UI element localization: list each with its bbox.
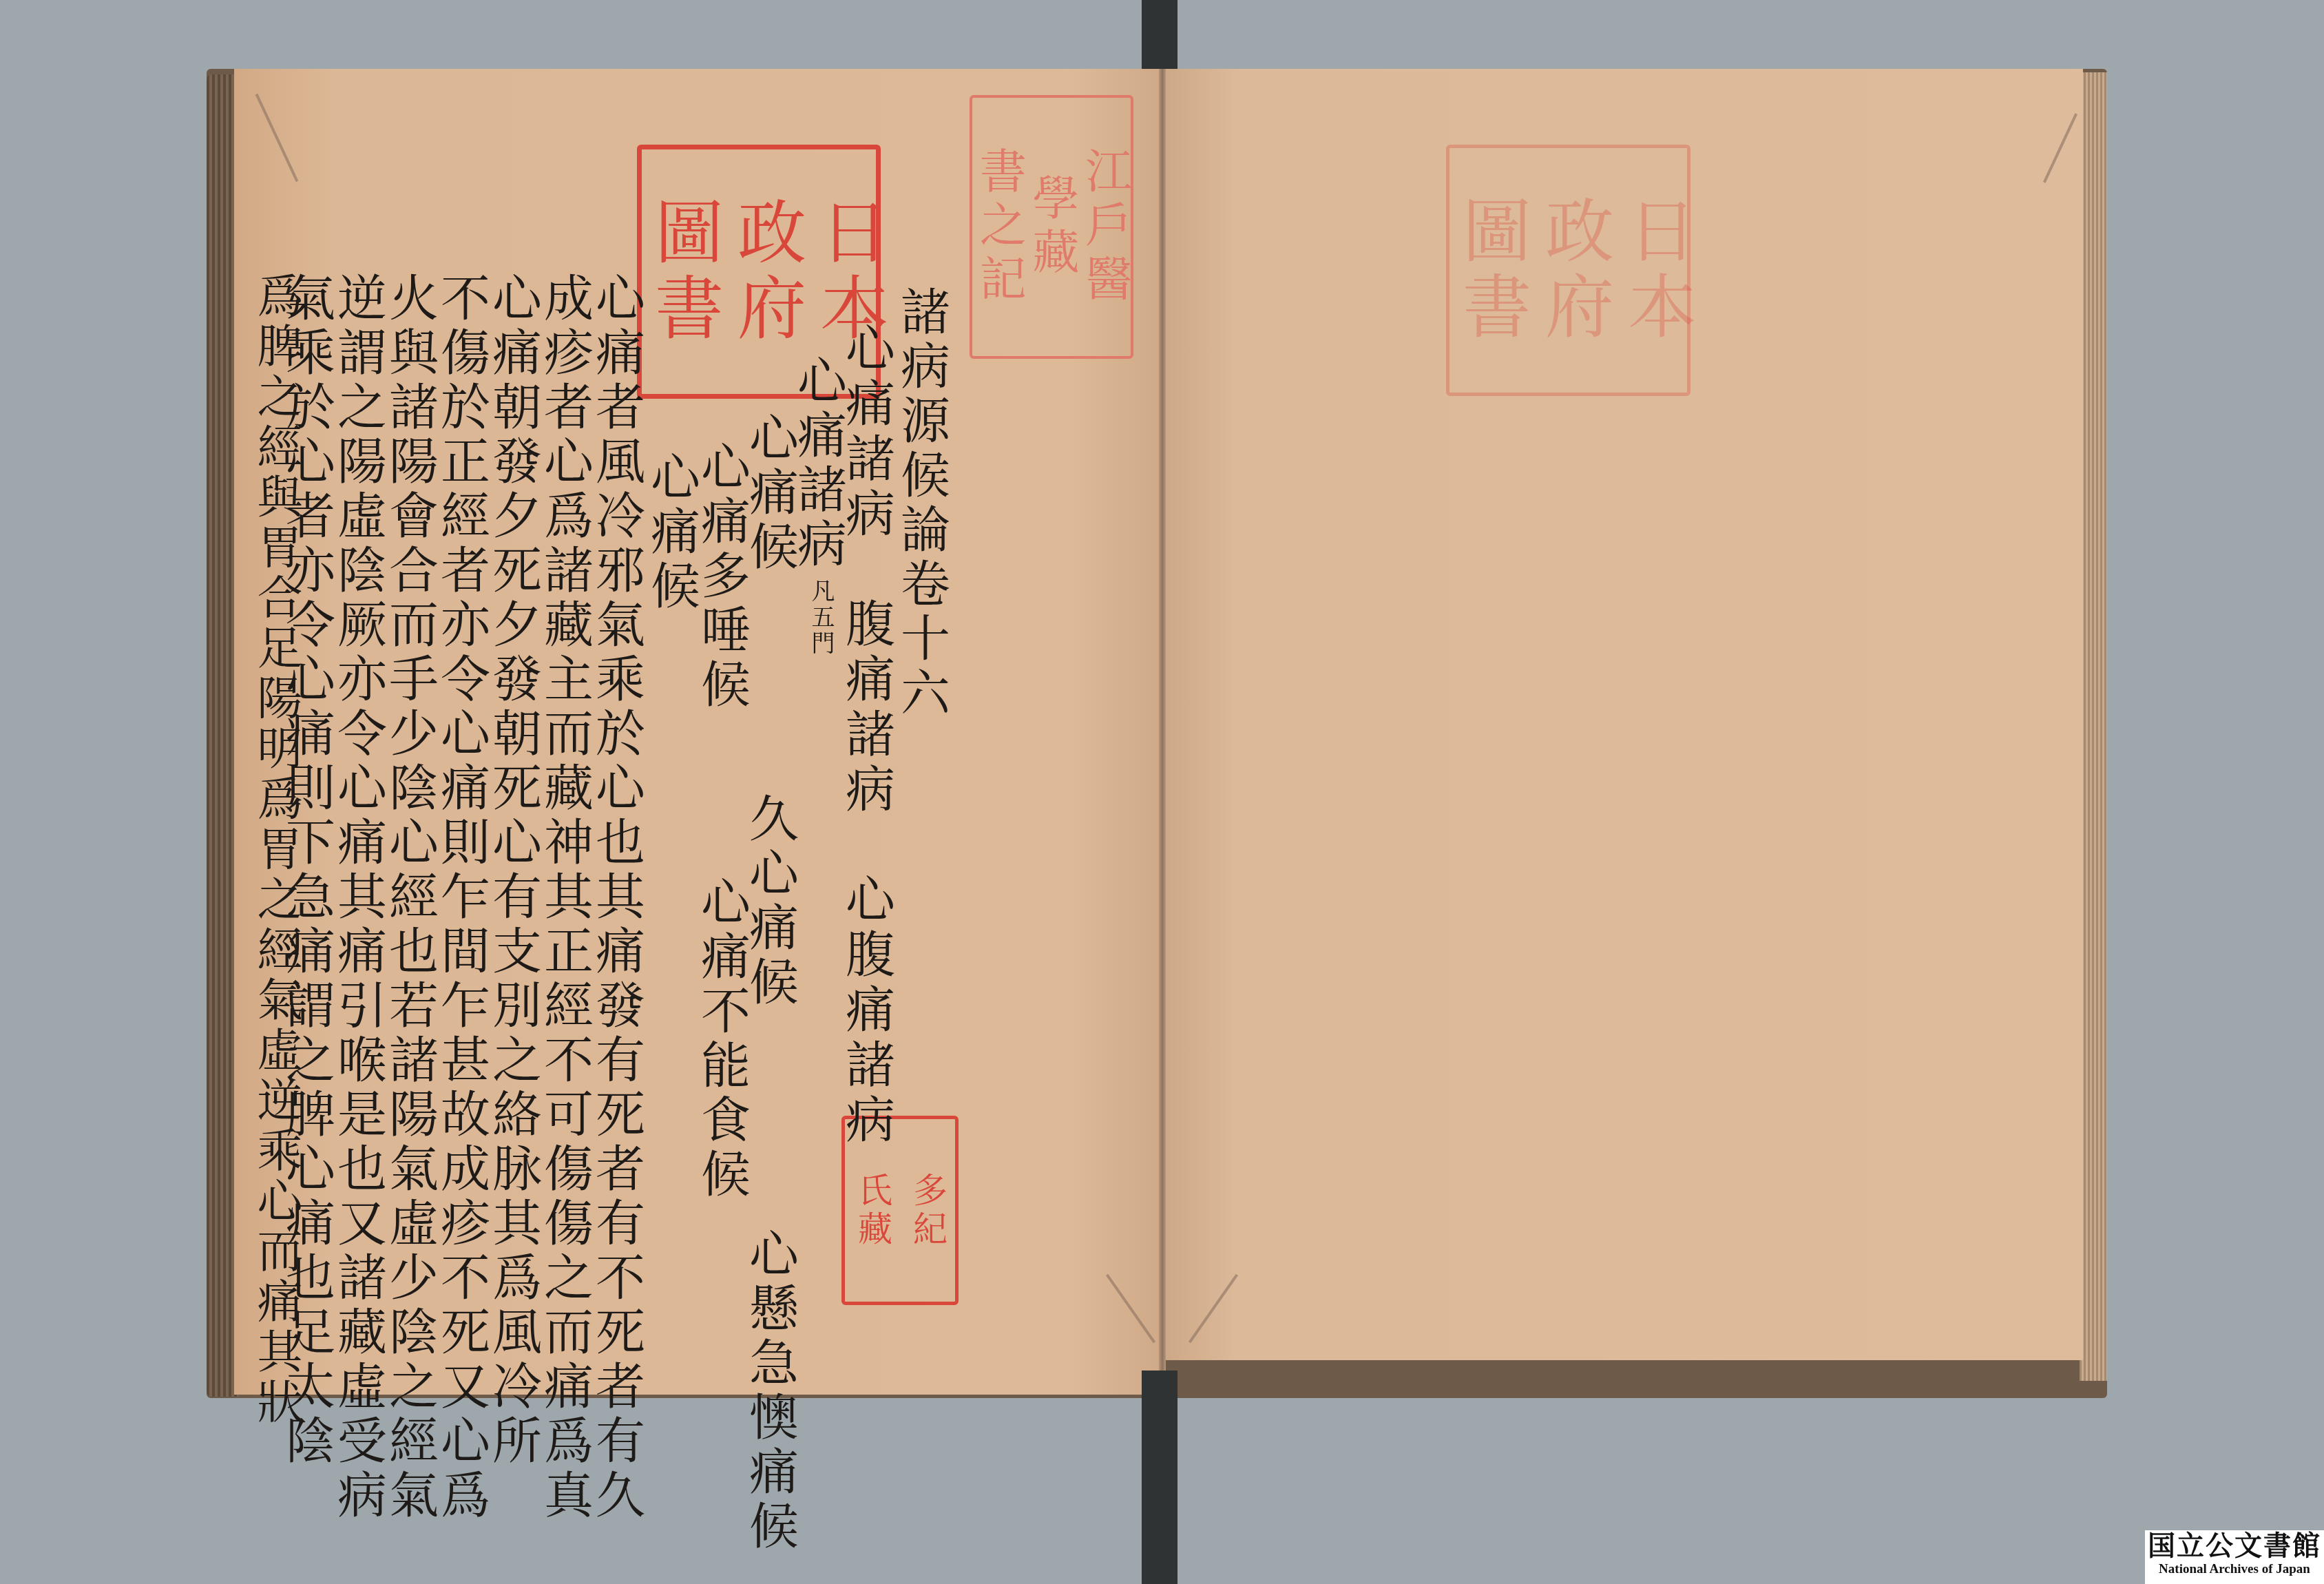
seal-text: 江戶醫 [1080,147,1129,308]
seal-text: 政府 [1532,195,1615,346]
toc-line-entries-b: 心痛多唾候 心痛不能食候 [694,441,749,1202]
body-column-3: 心痛朝發夕死夕發朝死心有支別之絡脉其爲風冷所 [485,272,541,1469]
body-column-8: 爲脾之經與胃合足陽明爲胃之經氣虛逆乘心而痛其狀 [248,272,303,1428]
logo-japanese: 国立公文書館 [2145,1530,2324,1562]
body-column-4: 不傷於正經者亦令心痛則乍間乍甚故成疹不死又心爲 [434,272,489,1523]
toc-line-categories: 心痛諸病 腹痛諸病 心腹痛諸病 [839,322,894,1149]
document-title: 諸病源候論卷十六 [894,286,949,721]
body-column-6: 逆謂之陽虛陰厥亦令心痛其痛引喉是也又諸藏虛受病 [331,272,386,1523]
seal-text: 學藏 [1027,174,1076,281]
bookmark-ribbon-top [1142,0,1177,72]
toc-line-entries-a: 心痛候 久心痛候 心懸急懊痛候 [742,412,797,1554]
national-archives-logo: 国立公文書館 National Archives of Japan [2145,1530,2324,1584]
seal-edo-igaku-zosho: 江戶醫 學藏 書之記 [970,95,1133,359]
seal-text: 政府 [724,196,807,348]
seal-text: 氏藏 [855,1172,890,1249]
seal-text: 日本 [1615,195,1697,346]
logo-english: National Archives of Japan [2145,1562,2324,1577]
seal-text: 圖書 [642,196,724,348]
bookmark-ribbon-bottom [1142,1371,1177,1584]
page-edges-right [2080,72,2107,1381]
seal-offset-ghost: 日本 政府 圖書 [1446,145,1690,396]
seal-text: 書之記 [974,147,1023,308]
book-gutter [1159,69,1166,1377]
body-column-5: 火與諸陽會合而手少陰心經也若諸陽氣虛少陰之經氣 [382,272,437,1523]
section-heading: 心痛諸病 [791,355,846,572]
seal-text: 多紀 [910,1172,945,1249]
toc-line-entries-c: 心痛候 [644,451,699,614]
section-note: 凡五門 [807,579,835,657]
seal-text: 圖書 [1449,195,1532,346]
body-column-1: 心痛者風冷邪氣乘於心也其痛發有死者有不死者有久 [589,272,644,1523]
body-column-2: 成疹者心爲諸藏主而藏神其正經不可傷傷之而痛爲真 [537,272,592,1523]
